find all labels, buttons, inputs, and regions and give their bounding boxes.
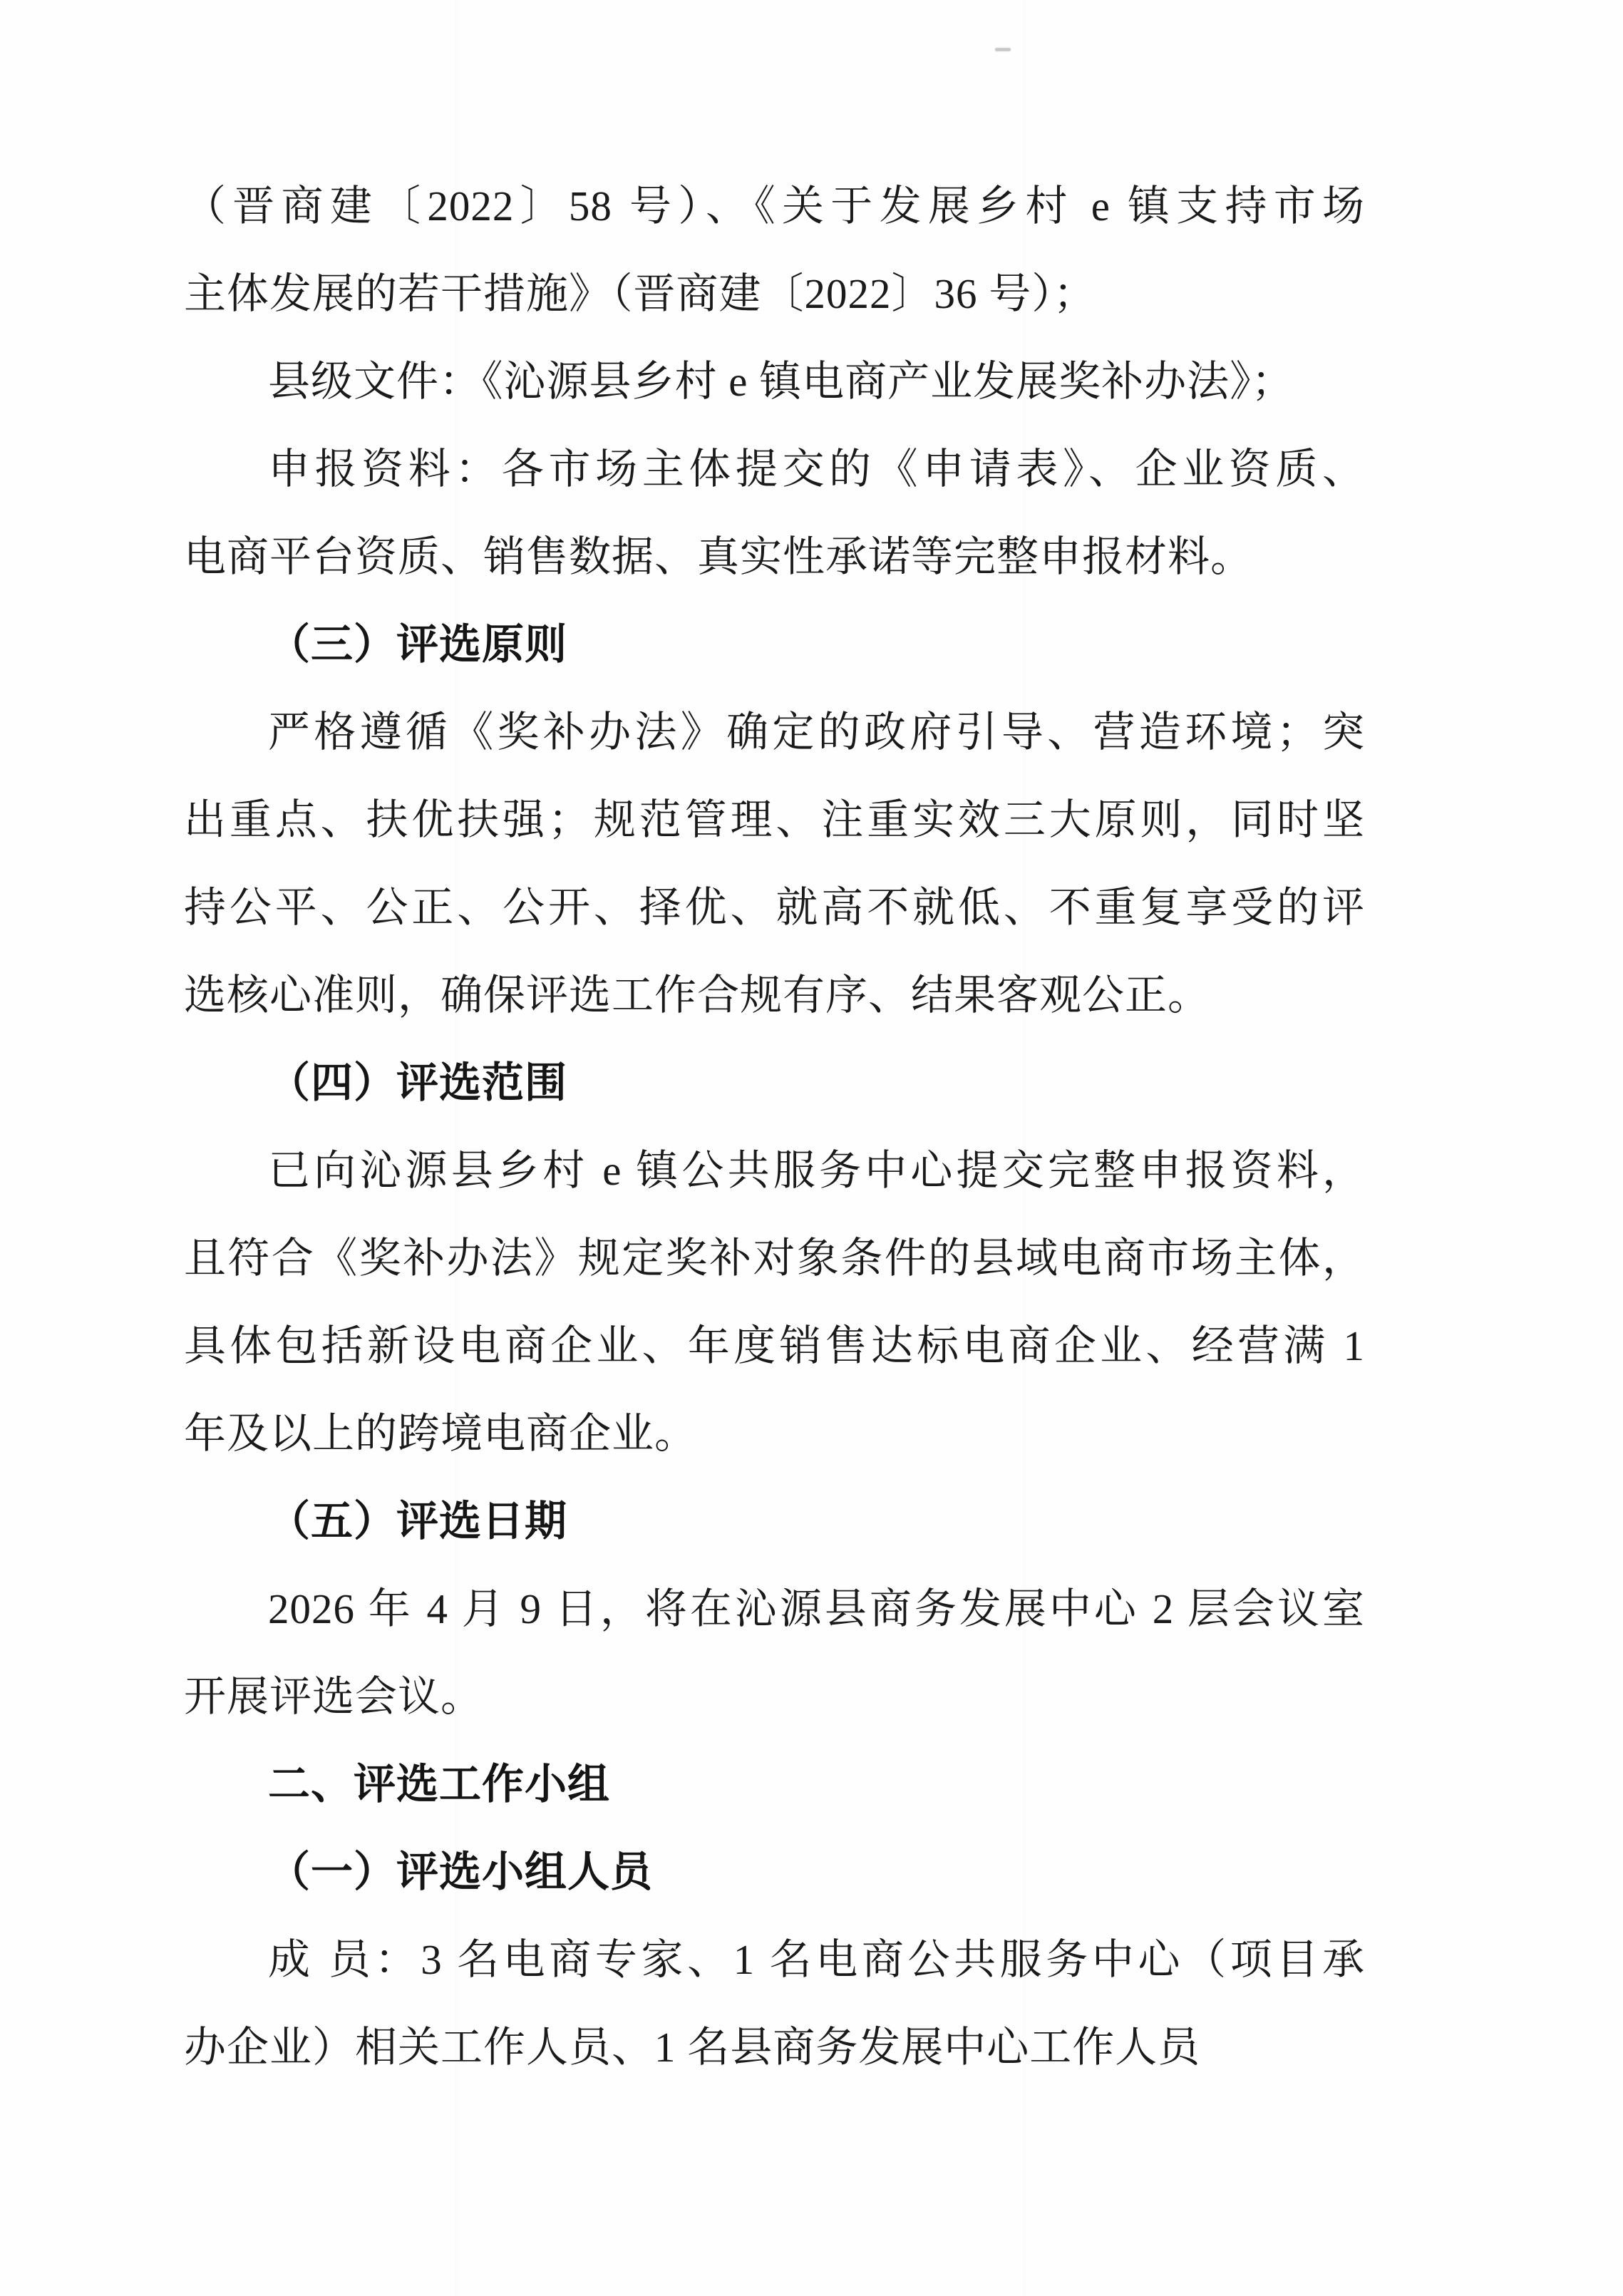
text-line: 电商平台资质、销售数据、真实性承诺等完整申报材料。 bbox=[184, 513, 1365, 601]
text-line: 持公平、公正、公开、择优、就高不就低、不重复享受的评 bbox=[184, 864, 1365, 952]
section-heading: （三）评选原则 bbox=[184, 601, 1365, 689]
text-line: 成 员：3 名电商专家、1 名电商公共服务中心（项目承 bbox=[184, 1916, 1365, 2004]
section-heading: （四）评选范围 bbox=[184, 1039, 1365, 1127]
text-line: 选核心准则，确保评选工作合规有序、结果客观公正。 bbox=[184, 952, 1365, 1039]
document-body: （晋商建〔2022〕58 号）、《关于发展乡村 e 镇支持市场 主体发展的若干措… bbox=[184, 163, 1365, 2091]
text-line: 已向沁源县乡村 e 镇公共服务中心提交完整申报资料， bbox=[184, 1127, 1365, 1215]
section-heading: （五）评选日期 bbox=[184, 1478, 1365, 1565]
text-line: 年及以上的跨境电商企业。 bbox=[184, 1390, 1365, 1478]
text-line: 办企业）相关工作人员、1 名县商务发展中心工作人员 bbox=[184, 2004, 1365, 2091]
text-line: 开展评选会议。 bbox=[184, 1653, 1365, 1741]
scan-artifact-dash bbox=[995, 48, 1011, 51]
text-line: 具体包括新设电商企业、年度销售达标电商企业、经营满 1 bbox=[184, 1302, 1365, 1390]
text-line: 申报资料：各市场主体提交的《申请表》、企业资质、 bbox=[184, 426, 1365, 513]
text-line: 且符合《奖补办法》规定奖补对象条件的县域电商市场主体， bbox=[184, 1215, 1365, 1302]
document-page: （晋商建〔2022〕58 号）、《关于发展乡村 e 镇支持市场 主体发展的若干措… bbox=[0, 0, 1623, 2296]
text-line: 严格遵循《奖补办法》确定的政府引导、营造环境；突 bbox=[184, 689, 1365, 776]
chapter-heading: 二、评选工作小组 bbox=[184, 1741, 1365, 1828]
text-line: （晋商建〔2022〕58 号）、《关于发展乡村 e 镇支持市场 bbox=[184, 163, 1365, 250]
section-heading: （一）评选小组人员 bbox=[184, 1828, 1365, 1916]
text-line: 2026 年 4 月 9 日，将在沁源县商务发展中心 2 层会议室 bbox=[184, 1565, 1365, 1653]
text-line: 主体发展的若干措施》（晋商建〔2022〕36 号）； bbox=[184, 250, 1365, 338]
text-line: 县级文件：《沁源县乡村 e 镇电商产业发展奖补办法》； bbox=[184, 338, 1365, 426]
text-line: 出重点、扶优扶强；规范管理、注重实效三大原则，同时坚 bbox=[184, 776, 1365, 864]
